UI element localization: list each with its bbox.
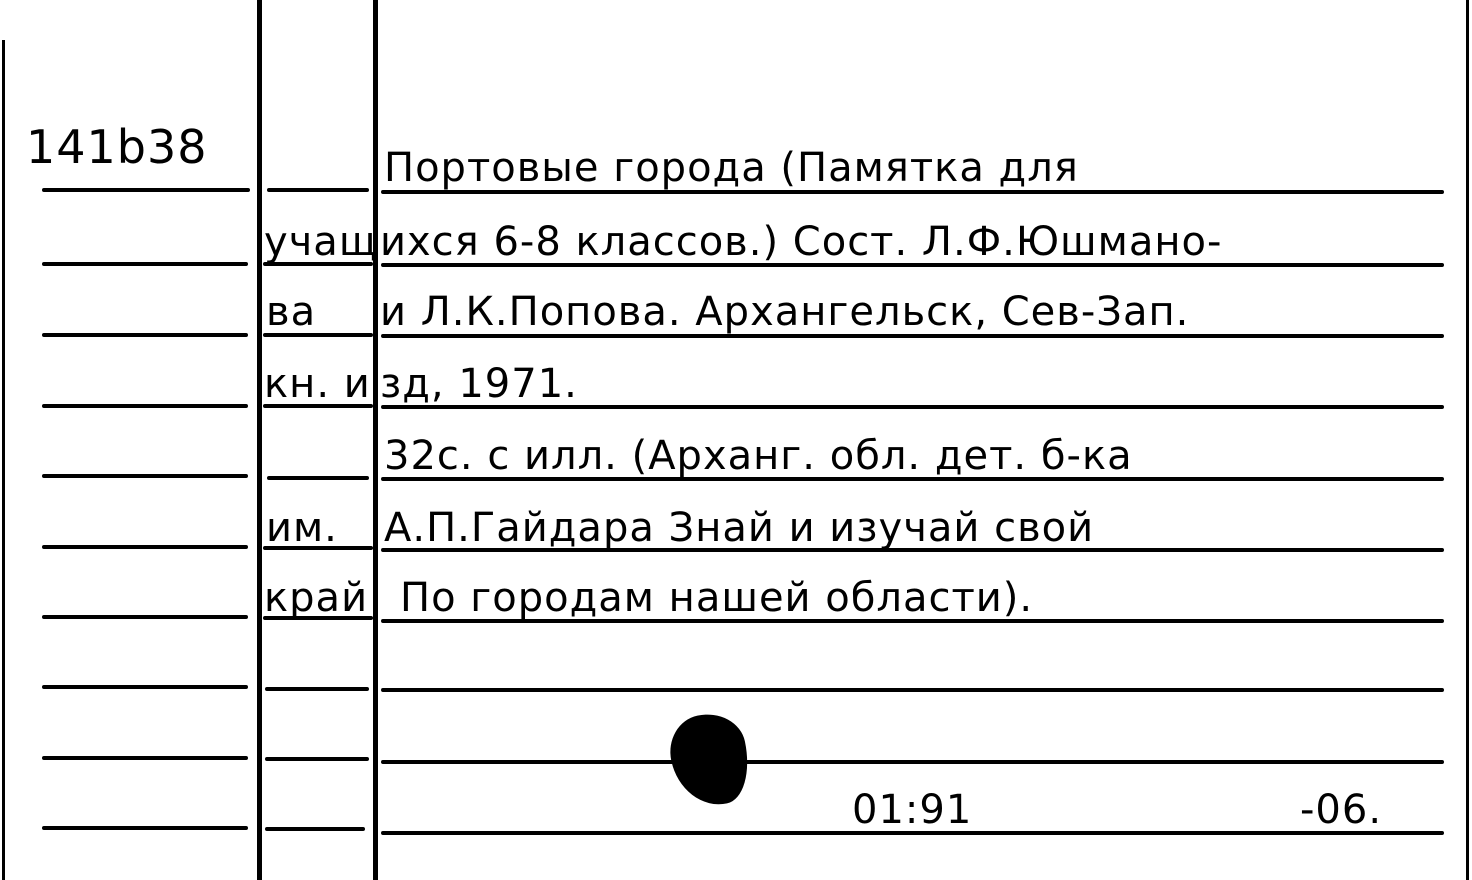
rule-left-5 [42,474,248,478]
entry-line-5-right: 32с. с илл. (Арханг. обл. дет. б-ка [384,436,1133,476]
card-left-border [2,40,5,880]
rule-left-1 [42,188,250,192]
entry-line-7-middle: край [264,578,368,618]
column-divider-1 [257,0,262,880]
rule-left-10 [42,826,248,830]
ink-blot [663,707,756,813]
footer-suffix: -06. [1300,790,1382,830]
entry-line-4-right: зд, 1971. [380,364,578,404]
rule-mid-5 [267,476,369,480]
entry-line-7-right: По городам нашей области). [400,578,1033,618]
rule-left-8 [42,685,248,689]
entry-line-6-right: А.П.Гайдара Знай и изучай свой [384,508,1094,548]
column-divider-2 [373,0,378,880]
footer-code: 01:91 [852,790,972,830]
entry-line-4-middle: кн. и [264,364,371,404]
catalog-card: 141b38 Портовые города (Памятка для учащ… [0,0,1472,880]
entry-line-3-right: и Л.К.Попова. Архангельск, Сев-Зап. [380,292,1189,332]
entry-line-3-middle: ва [266,292,316,332]
rule-left-4 [42,404,248,408]
rule-mid-9 [265,757,369,761]
rule-right-8 [381,688,1444,692]
card-right-border [1466,0,1469,880]
call-number: 141b38 [26,124,208,170]
entry-line-6-middle: им. [266,508,338,548]
rule-left-2 [42,262,248,266]
entry-line-2-middle: учащ [264,222,378,262]
rule-left-9 [42,756,248,760]
rule-mid-1 [267,188,369,192]
rule-mid-10 [265,827,365,831]
entry-line-2-right: ихся 6-8 классов.) Сост. Л.Ф.Юшмано- [380,222,1222,262]
rule-left-6 [42,545,248,549]
rule-left-7 [42,615,248,619]
rule-mid-8 [265,687,369,691]
rule-left-3 [42,333,248,337]
entry-line-1-right: Портовые города (Памятка для [384,148,1079,188]
rule-right-9 [381,760,1444,764]
